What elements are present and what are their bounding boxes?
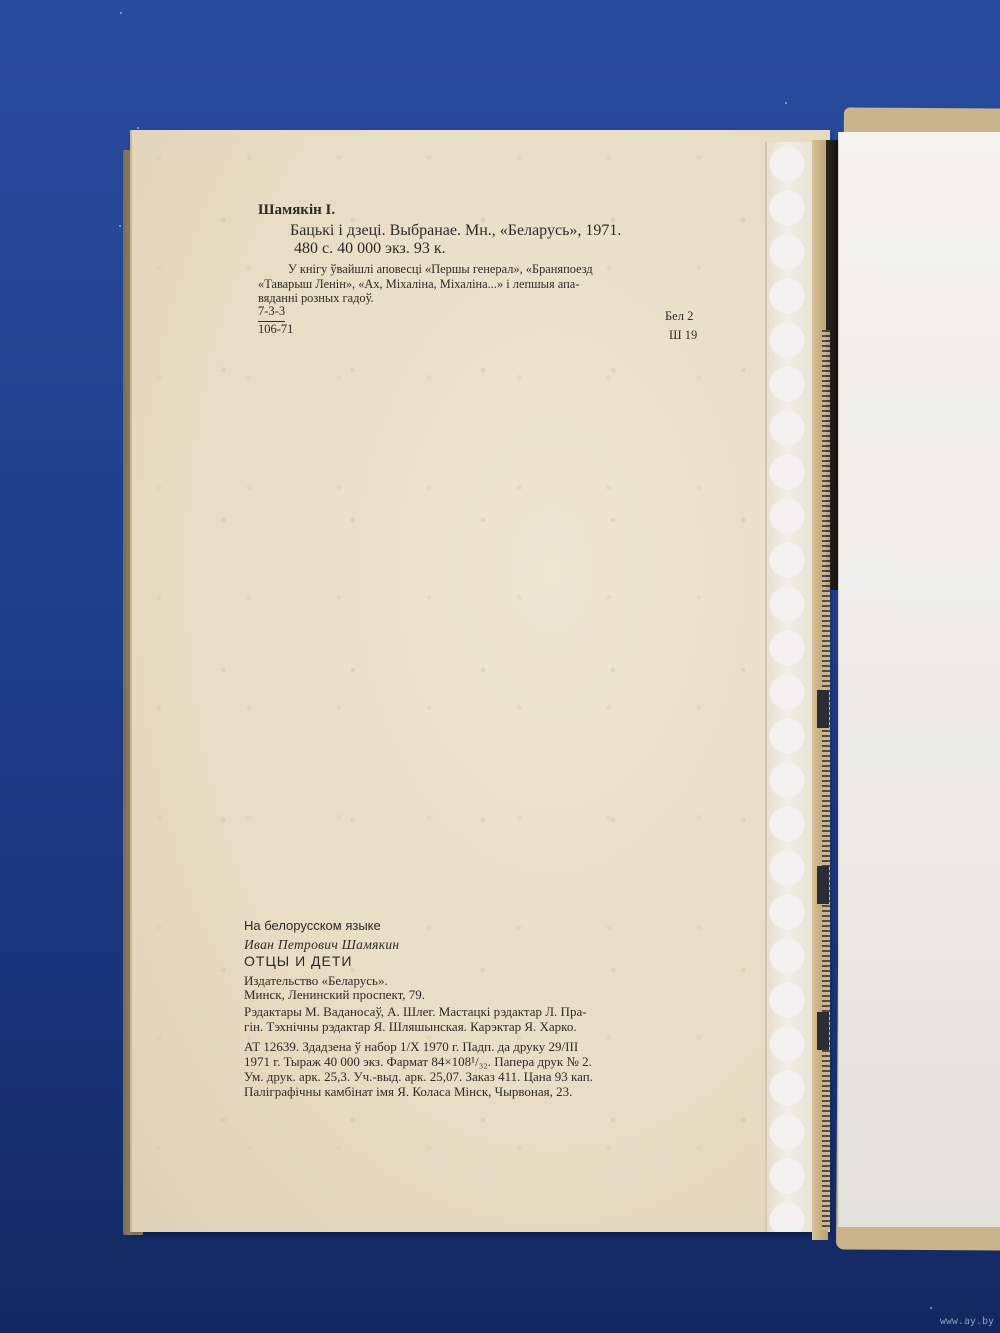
annotation-line: «Таварыш Ленін», «Ах, Міхаліна, Міхаліна…: [258, 277, 706, 292]
publisher-line: Издательство «Беларусь».: [244, 974, 425, 988]
dust-speck: [119, 225, 121, 227]
print-line: АТ 12639. Здадзена ў набор 1/X 1970 г. П…: [244, 1039, 593, 1054]
publisher-line: Минск, Ленинский проспект, 79.: [244, 988, 425, 1002]
catalog-code-denominator: 106-71: [258, 322, 293, 337]
print-details: АТ 12639. Здадзена ў набор 1/X 1970 г. П…: [244, 1039, 593, 1099]
bbk-index: Бел 2: [665, 309, 693, 324]
print-line: Паліграфічны камбінат імя Я. Коласа Мінс…: [244, 1084, 593, 1099]
binding-stitches: [822, 330, 830, 1230]
editors-line: гін. Тэхнічны рэдактар Я. Шляшынская. Ка…: [244, 1020, 587, 1035]
dust-speck: [785, 102, 787, 104]
catalog-author: Шамякін І.: [258, 202, 335, 219]
language-note: На белорусском языке: [244, 918, 381, 933]
print-line: Ум. друк. арк. 25,3. Уч.-выд. арк. 25,07…: [244, 1069, 593, 1084]
russian-title: ОТЦЫ И ДЕТИ: [244, 953, 352, 969]
dust-speck: [137, 127, 139, 129]
annotation-line: У кнігу ўвайшлі аповесці «Першы генерал»…: [258, 262, 706, 277]
author-full-name: Иван Петрович Шамякин: [244, 937, 399, 953]
catalog-code-numerator: 7-3-3: [258, 304, 285, 322]
dust-speck: [930, 1307, 932, 1309]
print-line: 1971 г. Тыраж 40 000 экз. Фармат 84×108¹…: [244, 1054, 593, 1069]
catalog-physical-details: 480 с. 40 000 экз. 93 к.: [294, 240, 446, 258]
author-mark: Ш 19: [669, 328, 697, 343]
binding-tape: [817, 1012, 829, 1050]
dust-speck: [120, 12, 122, 14]
binding-tape: [817, 690, 829, 728]
editors-line: Рэдактары М. Ваданосаў, А. Шлег. Мастацк…: [244, 1005, 587, 1020]
right-endpaper: [838, 132, 1000, 1227]
editors-info: Рэдактары М. Ваданосаў, А. Шлег. Мастацк…: [244, 1005, 587, 1034]
catalog-annotation: У кнігу ўвайшлі аповесці «Першы генерал»…: [258, 262, 706, 306]
annotation-line: вяданні розных гадоў.: [258, 291, 706, 306]
binding-glue: [765, 142, 817, 1232]
binding-tape: [817, 866, 829, 904]
publisher-info: Издательство «Беларусь». Минск, Ленински…: [244, 974, 425, 1002]
catalog-description: Бацькі і дзецi. Выбранае. Мн., «Беларусь…: [290, 222, 621, 240]
watermark: www.ay.by: [940, 1316, 994, 1327]
